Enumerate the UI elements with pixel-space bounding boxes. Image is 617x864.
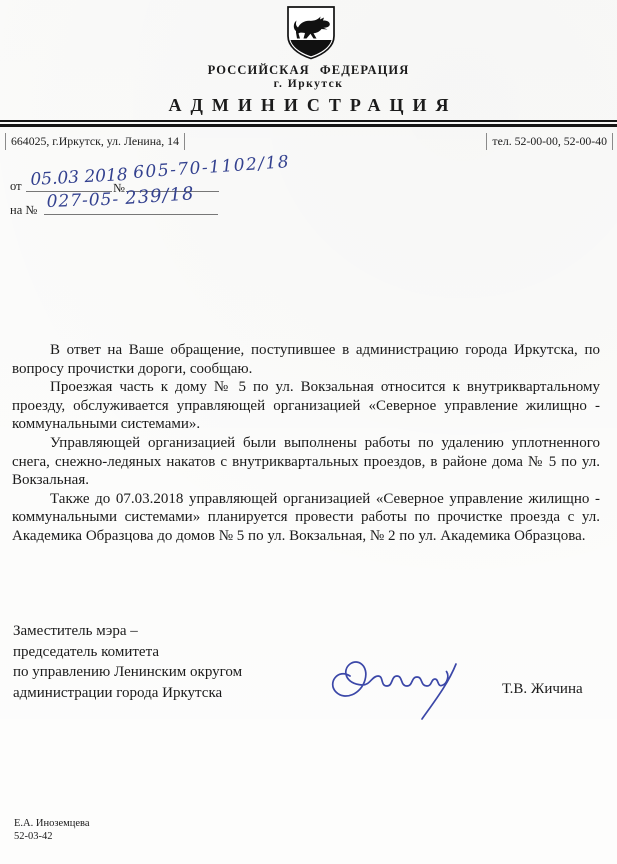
irkutsk-coat-of-arms-icon <box>283 6 339 65</box>
executor-block: Е.А. Иноземцева 52-03-42 <box>14 817 90 843</box>
signer-position-line: по управлению Ленинским округом <box>13 662 242 683</box>
scanned-letter-page: РОССИЙСКАЯ ФЕДЕРАЦИЯ г. Иркутск АДМИНИСТ… <box>0 0 617 864</box>
letterhead-org-title: АДМИНИСТРАЦИЯ <box>0 95 617 116</box>
body-paragraph: Также до 07.03.2018 управляющей организа… <box>12 490 600 546</box>
letterhead-country: РОССИЙСКАЯ ФЕДЕРАЦИЯ <box>0 63 617 78</box>
org-address: 664025, г.Иркутск, ул. Ленина, 14 <box>5 133 185 150</box>
body-paragraph: Проезжая часть к дому № 5 по ул. Вокзаль… <box>12 378 600 434</box>
letterhead-divider-rule <box>0 120 617 127</box>
handwritten-incoming-number-part2: 239/18 <box>125 183 196 209</box>
signer-position-line: председатель комитета <box>13 642 242 663</box>
signer-position-line: Заместитель мэра – <box>13 621 242 642</box>
executor-name: Е.А. Иноземцева <box>14 817 90 830</box>
letter-body: В ответ на Ваше обращение, поступившее в… <box>12 341 600 546</box>
executor-phone: 52-03-42 <box>14 830 90 843</box>
signer-position-line: администрации города Иркутска <box>13 683 242 704</box>
handwritten-signature-icon <box>320 638 472 733</box>
ref-innumber-underline <box>44 214 218 215</box>
signer-position-block: Заместитель мэра – председатель комитета… <box>13 621 242 703</box>
ref-onnumber-label: на № <box>10 203 37 218</box>
org-phone: тел. 52-00-00, 52-00-40 <box>486 133 613 150</box>
letterhead-city: г. Иркутск <box>0 78 617 90</box>
body-paragraph: В ответ на Ваше обращение, поступившее в… <box>12 341 600 378</box>
body-paragraph: Управляющей организацией были выполнены … <box>12 434 600 490</box>
signer-name: Т.В. Жичина <box>502 681 583 698</box>
handwritten-outgoing-number: 605-70-1102/18 <box>133 152 291 183</box>
handwritten-incoming-number-part1: 027-05- <box>46 189 119 212</box>
ref-from-label: от <box>10 179 22 194</box>
